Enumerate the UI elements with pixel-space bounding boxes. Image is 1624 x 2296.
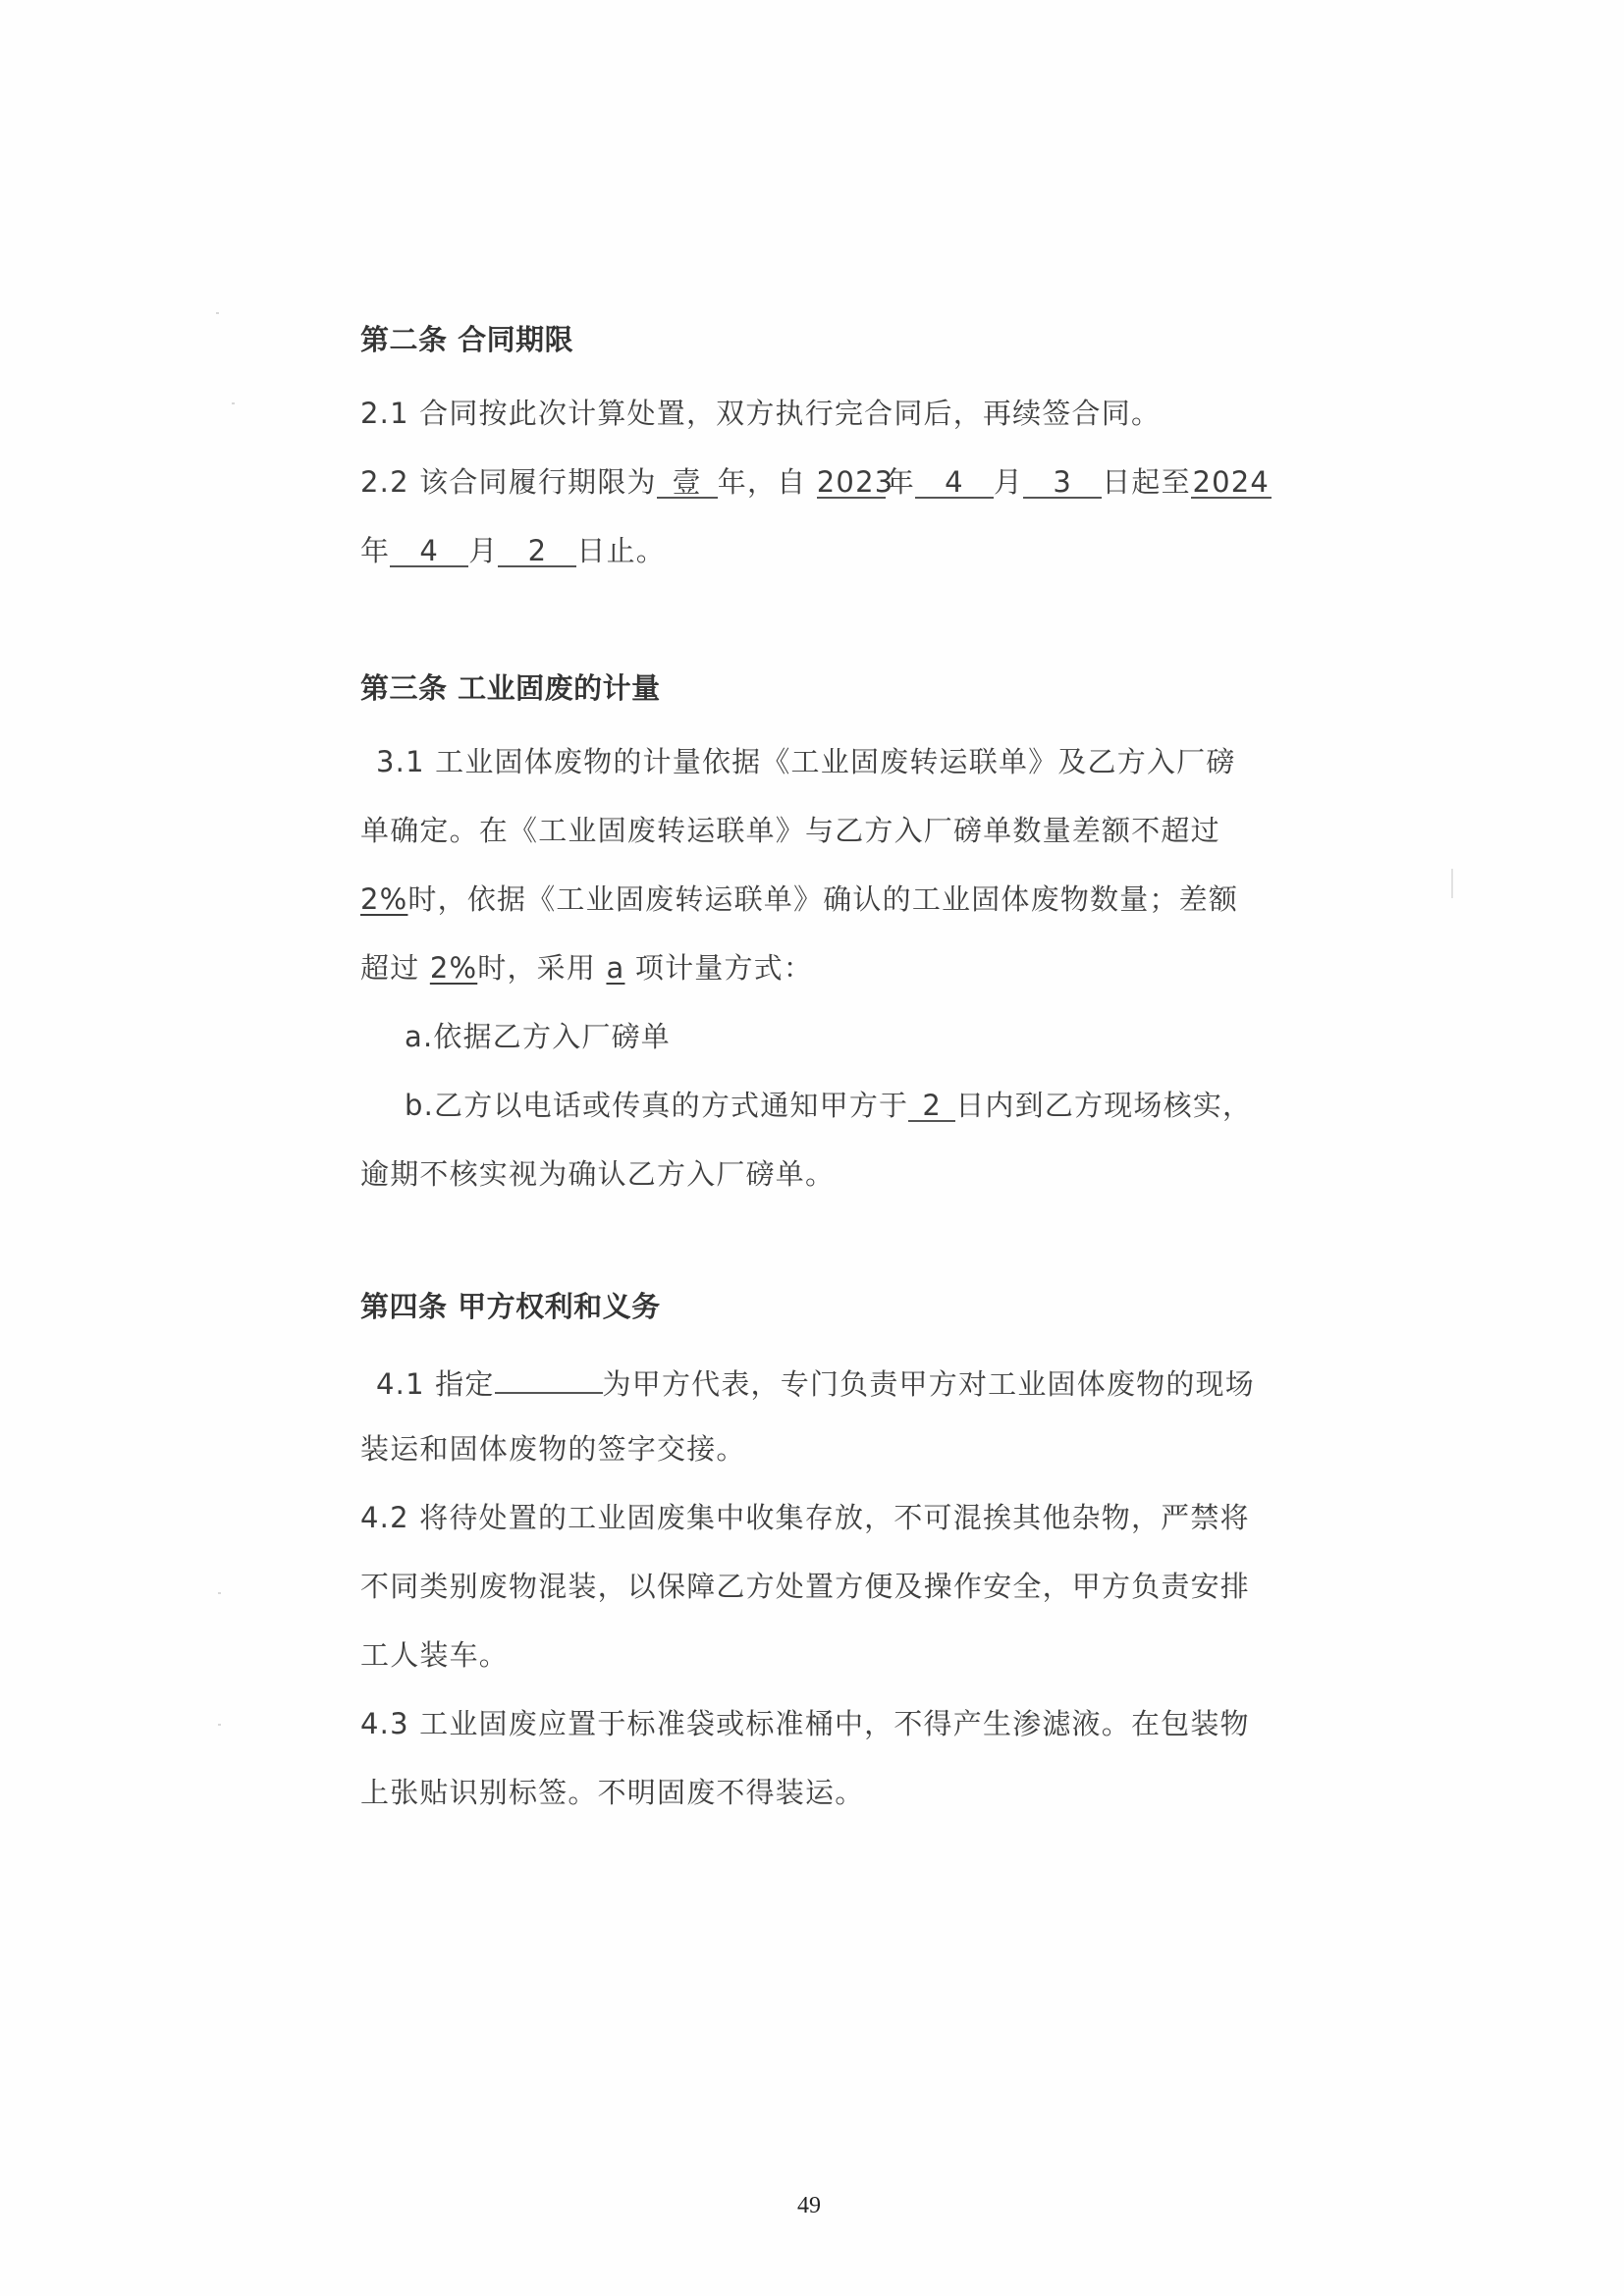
clause-4-1-line2: 装运和固体废物的签字交接。	[360, 1431, 746, 1467]
clause-4-3-line2: 上张贴识别标签。不明固废不得装运。	[360, 1775, 864, 1810]
clause-3-1-line2: 单确定。在《工业固废转运联单》与乙方入厂磅单数量差额不超过	[360, 813, 1220, 848]
page-number: 49	[797, 2193, 821, 2219]
clause-4-2-line1: 4.2 将待处置的工业固废集中收集存放，不可混挨其他杂物，严禁将	[360, 1500, 1250, 1535]
clause-2-1: 2.1 合同按此次计算处置，双方执行完合同后，再续签合同。	[360, 396, 1161, 431]
text-fragment: 月	[994, 465, 1023, 499]
clause-3-1-line3: 2%时，依据《工业固废转运联单》确认的工业固体废物数量；差额	[360, 881, 1238, 917]
clause-3-1-line4: 超过 2%时，采用 a 项计量方式：	[360, 950, 813, 986]
text-fragment: 月	[468, 534, 498, 567]
scan-speck	[218, 1724, 221, 1726]
text-fragment: b.乙方以电话或传真的方式通知甲方于	[405, 1089, 908, 1122]
option-a: a.依据乙方入厂磅单	[405, 1019, 671, 1054]
document-page: 第二条 合同期限 2.1 合同按此次计算处置，双方执行完合同后，再续签合同。 2…	[0, 0, 1624, 2296]
clause-4-1-line1: 4.1 指定为甲方代表，专门负责甲方对工业固体废物的现场	[376, 1362, 1255, 1402]
clause-4-2-line3: 工人装车。	[360, 1637, 509, 1673]
clause-2-2-line1: 2.2 该合同履行期限为壹年，自 2023年4月3日起至2024	[360, 464, 1272, 500]
option-b-line2: 逾期不核实视为确认乙方入厂磅单。	[360, 1156, 835, 1192]
clause-2-2-line2: 年4月2日止。	[360, 533, 666, 568]
section-heading-2: 第二条 合同期限	[360, 322, 573, 357]
term-years-field: 壹	[657, 467, 718, 499]
representative-field	[495, 1362, 603, 1394]
end-day-field: 2	[498, 536, 576, 567]
section-heading-4: 第四条 甲方权利和义务	[360, 1289, 661, 1324]
text-fragment: 时，采用	[477, 951, 606, 985]
text-fragment: 日内到乙方现场核实，	[955, 1089, 1252, 1122]
end-month-field: 4	[390, 536, 468, 567]
text-fragment: 年	[360, 534, 390, 567]
text-fragment: 超过	[360, 951, 430, 985]
verify-days-field: 2	[908, 1091, 955, 1122]
option-b-line1: b.乙方以电话或传真的方式通知甲方于2日内到乙方现场核实，	[405, 1088, 1252, 1123]
scan-speck	[1451, 869, 1453, 898]
text-fragment: 为甲方代表，专门负责甲方对工业固体废物的现场	[603, 1367, 1255, 1401]
section-heading-3: 第三条 工业固废的计量	[360, 670, 661, 706]
text-fragment: 年	[886, 465, 915, 499]
threshold-value: 2%	[360, 882, 407, 916]
clause-4-3-line1: 4.3 工业固废应置于标准袋或标准桶中，不得产生渗滤液。在包装物	[360, 1706, 1250, 1741]
scan-speck	[218, 1592, 221, 1594]
text-fragment: 日起至	[1102, 465, 1191, 499]
scan-speck	[232, 402, 235, 404]
start-day-field: 3	[1023, 467, 1102, 499]
threshold-value: 2%	[430, 951, 477, 985]
start-month-field: 4	[915, 467, 994, 499]
text-fragment: 年，自	[718, 465, 807, 499]
scan-speck	[216, 312, 219, 314]
text-fragment: 日止。	[576, 534, 666, 567]
end-year-field: 2024	[1191, 467, 1272, 499]
text-fragment: 时，依据《工业固废转运联单》确认的工业固体废物数量；差额	[407, 882, 1238, 916]
measurement-option-field: a	[606, 951, 624, 985]
clause-2-2-prefix: 2.2 该合同履行期限为	[360, 465, 657, 499]
clause-4-2-line2: 不同类别废物混装，以保障乙方处置方便及操作安全，甲方负责安排	[360, 1569, 1250, 1604]
clause-3-1-line1: 3.1 工业固体废物的计量依据《工业固废转运联单》及乙方入厂磅	[376, 744, 1236, 779]
text-fragment: 4.1 指定	[376, 1367, 495, 1401]
start-year-field: 2023	[817, 467, 886, 499]
text-fragment: 项计量方式：	[624, 951, 813, 985]
